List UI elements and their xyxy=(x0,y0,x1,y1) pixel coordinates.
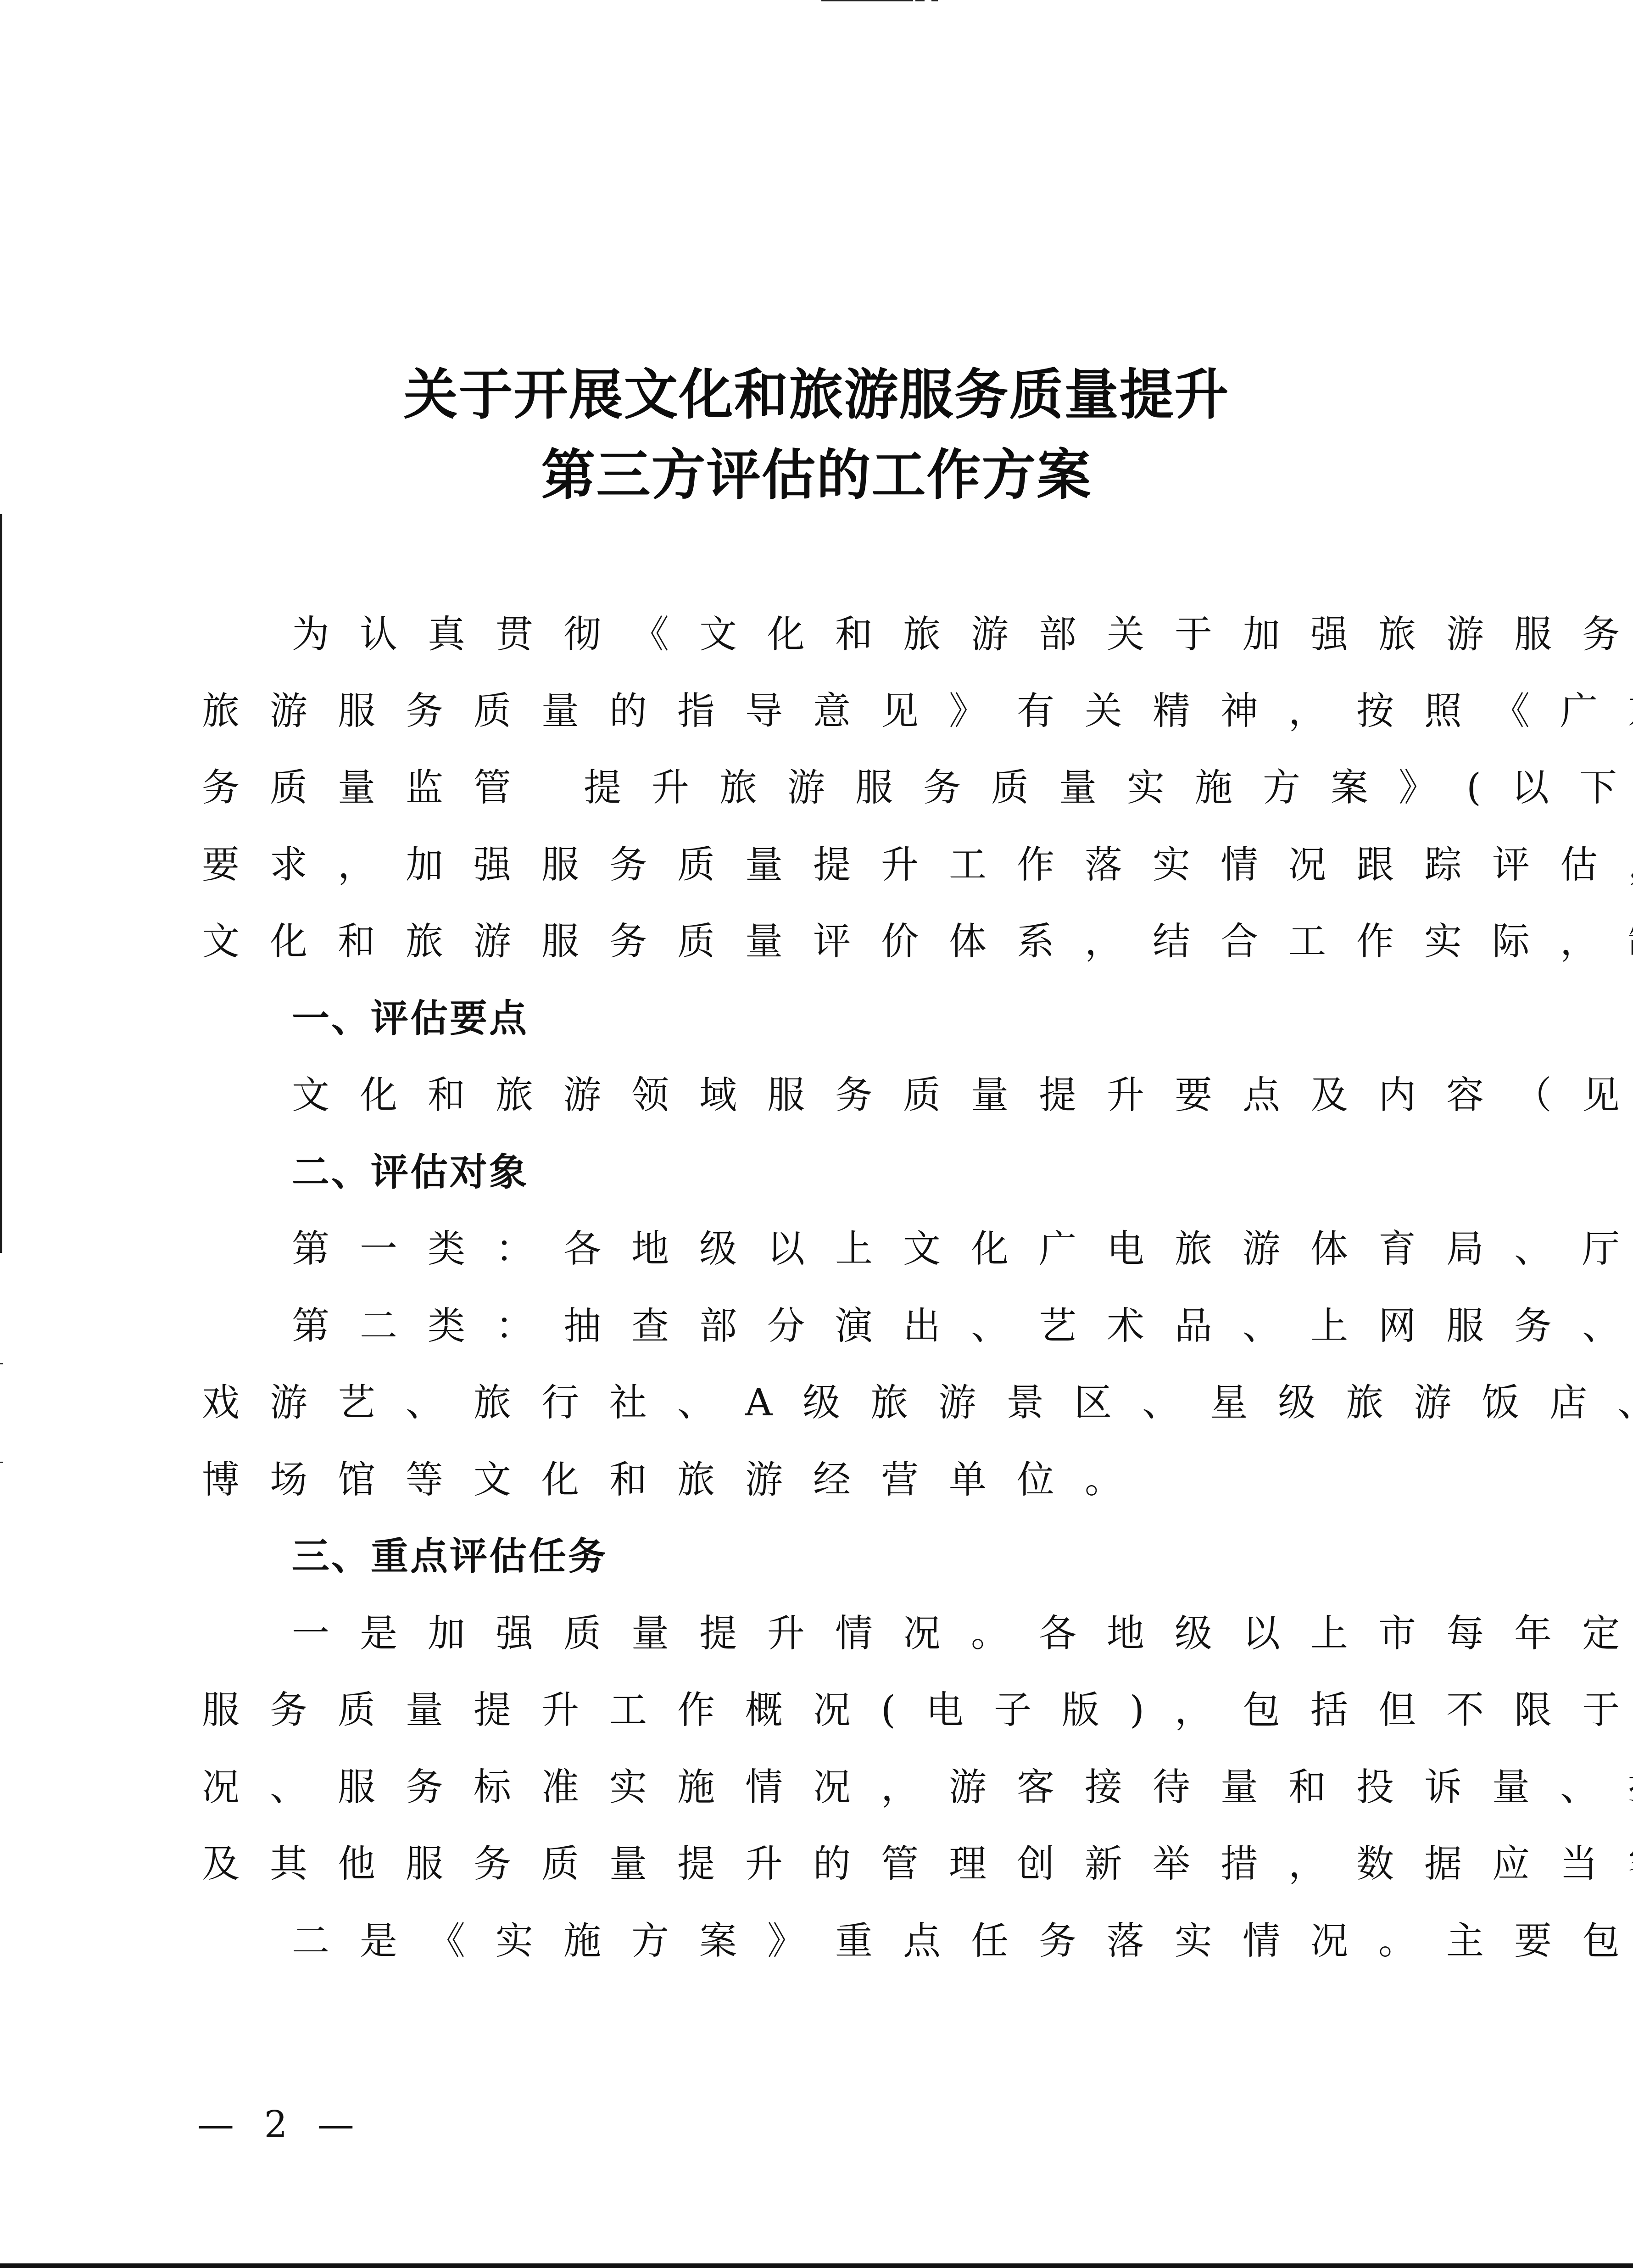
body-line: 一是加强质量提升情况。各地级以上市每年定期向我厅报送 xyxy=(292,1611,1432,1657)
scan-artifact-bottom-edge xyxy=(0,2263,1633,2268)
scan-artifact-top xyxy=(915,0,925,1)
body-line: 为认真贯彻《文化和旅游部关于加强旅游服务质量监管提升 xyxy=(292,612,1432,658)
document-title-line-2: 第三方评估的工作方案 xyxy=(0,445,1633,505)
body-line: 戏游艺、旅行社、A级旅游景区、星级旅游饭店、在线旅游、文 xyxy=(202,1380,1432,1426)
body-line: 第二类：抽查部分演出、艺术品、上网服务、歌舞娱乐、游 xyxy=(292,1303,1432,1349)
body-line: 服务质量提升工作概况(电子版)，包括但不限于质量政策落实情 xyxy=(202,1687,1432,1733)
body-line: 要求，加强服务质量提升工作落实情况跟踪评估，建立完善我省 xyxy=(202,842,1432,888)
scan-artifact-left-tick xyxy=(0,1363,3,1364)
body-line: 务质量监管 提升旅游服务质量实施方案》(以下简称《实施方案》) xyxy=(202,765,1432,811)
scan-artifact-left-edge xyxy=(0,514,2,1253)
scan-artifact-left-tick xyxy=(0,1462,3,1463)
page-number: — 2 — xyxy=(197,2102,363,2148)
section-heading-1: 一、评估要点 xyxy=(292,996,1522,1042)
body-line: 文化和旅游领域服务质量提升要点及内容（见附表）。 xyxy=(292,1073,1432,1118)
body-line: 及其他服务质量提升的管理创新举措，数据应当客观、准确。 xyxy=(202,1841,1432,1887)
body-line: 博场馆等文化和旅游经营单位。 xyxy=(202,1457,1432,1503)
scan-artifact-top xyxy=(821,0,913,1)
body-line: 文化和旅游服务质量评价体系，结合工作实际，制定本方案。 xyxy=(202,919,1432,965)
body-line: 旅游服务质量的指导意见》有关精神，按照《广东省加强旅游服 xyxy=(202,688,1432,734)
section-heading-2: 二、评估对象 xyxy=(292,1150,1522,1195)
section-heading-3: 三、重点评估任务 xyxy=(292,1534,1522,1580)
body-line: 第一类：各地级以上文化广电旅游体育局、厅属有关单位。 xyxy=(292,1226,1432,1272)
body-line: 二是《实施方案》重点任务落实情况。主要包括：落实旅游 xyxy=(292,1918,1432,1964)
body-line: 况、服务标准实施情况，游客接待量和投诉量、投诉处理情况以 xyxy=(202,1765,1432,1810)
scan-artifact-top xyxy=(931,0,938,1)
document-title-line-1: 关于开展文化和旅游服务质量提升 xyxy=(0,365,1633,425)
